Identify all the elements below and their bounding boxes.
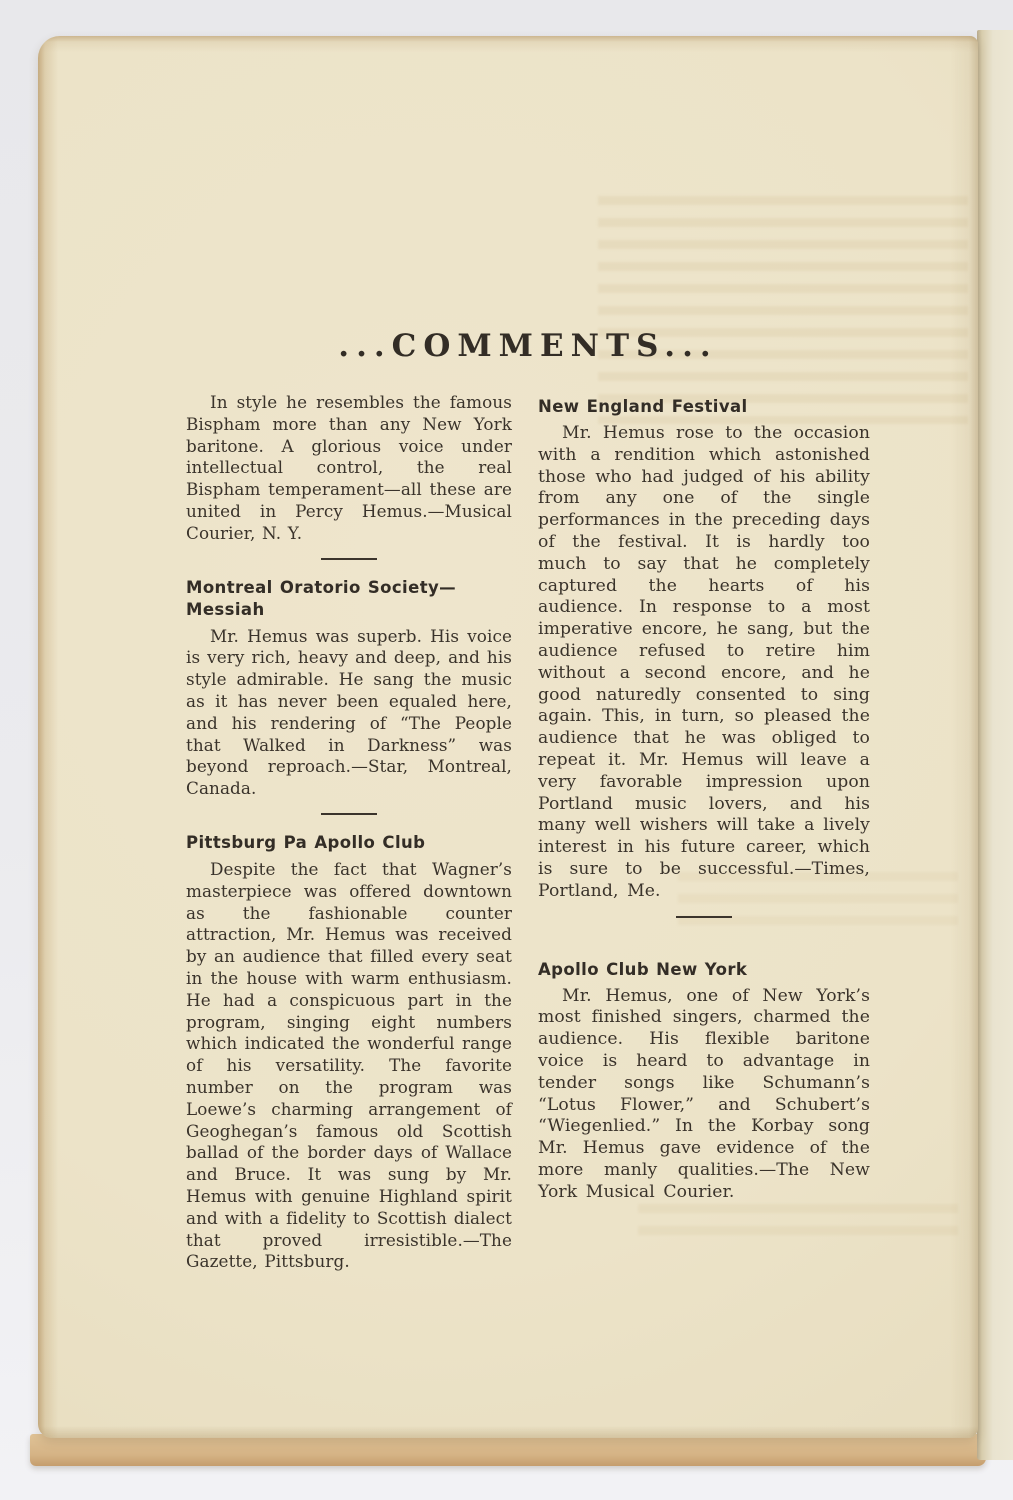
page-title: ...COMMENTS... [186,326,870,366]
section-divider [321,558,377,560]
testimonial-montreal: Mr. Hemus was superb. His voice is very … [186,626,512,800]
right-column: New England Festival Mr. Hemus rose to t… [538,392,870,1204]
section-divider [676,916,732,918]
booklet-page: ...COMMENTS... In style he resembles the… [38,36,978,1438]
underlying-page-edge [30,1434,986,1466]
heading-montreal-oratorio: Montreal Oratorio Society—Messiah [186,577,512,621]
page-content: ...COMMENTS... In style he resembles the… [186,326,870,1273]
testimonial-pittsburg: Despite the fact that Wagner’s masterpie… [186,859,512,1273]
testimonial-apollo-club: Mr. Hemus, one of New York’s most finish… [538,986,870,1204]
left-column: In style he resembles the famous Bispham… [186,392,512,1273]
two-column-layout: In style he resembles the famous Bispham… [186,392,870,1273]
heading-pittsburg-apollo: Pittsburg Pa Apollo Club [186,832,512,854]
testimonial-new-england: Mr. Hemus rose to the occasion with a re… [538,423,870,903]
testimonial-musical-courier: In style he resembles the famous Bispham… [186,392,512,545]
adjacent-page-edge [977,30,1013,1460]
heading-apollo-club-ny: Apollo Club New York [538,935,870,981]
photo-backdrop: ...COMMENTS... In style he resembles the… [0,0,1013,1500]
heading-new-england-festival: New England Festival [538,396,870,418]
section-divider [321,813,377,815]
